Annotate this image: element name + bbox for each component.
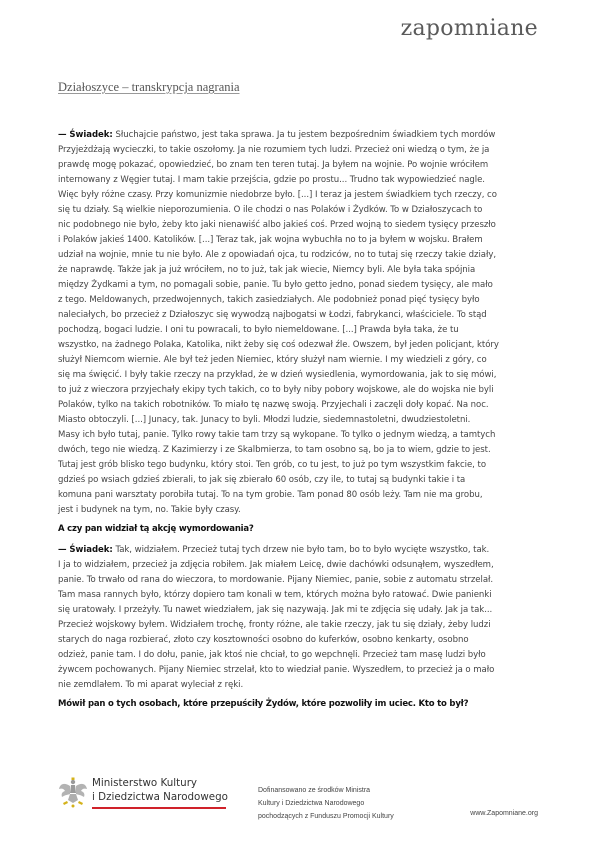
transcript-body: — Świadek: Słuchajcie państwo, jest taka… [58,128,548,718]
ministry-logo: Ministerstwo Kultury i Dziedzictwa Narod… [58,774,248,818]
text-line: Tutaj jest grób blisko tego budynku, któ… [58,458,548,473]
text-line: Przyjeżdżają wycieczki, to takie oszołom… [58,143,548,158]
text-line: Przecież wojskowy byłem. Widziałem troch… [58,618,548,633]
text-line: dwóch, tego nie wiedzą. Z Kazimierzy i z… [58,443,548,458]
text-line: Więc były różne czasy. Przy komunizmie n… [58,188,548,203]
text-line: że naprawdę. Także jak ja już wróciłem, … [58,263,548,278]
text-line: jest i budynek na tym, no. Takie były cz… [58,503,548,518]
funding-note: Dofinansowano ze środków Ministra Kultur… [258,784,394,823]
interviewer-question: A czy pan widział tą akcję wymordowania? [58,524,548,534]
text-line: nic podobnego nie było, żeby kto jaki ni… [58,218,548,233]
document-title: Działoszyce – transkrypcja nagrania [58,80,240,95]
text-line: się ma święcić. I były takie rzeczy na p… [58,368,548,383]
text-line: wszystko, na żadnego Polaka, Katolika, n… [58,338,548,353]
text-line: starych do naga rozbierać, złoto czy kos… [58,633,548,648]
text-line: prawdę mogę pokazać, opowiedzieć, bo zna… [58,158,548,173]
text-line: pochodzą, bogaci ludzie. I oni tu powrac… [58,323,548,338]
text-line: udział na wojnie, mnie tu nie było. Ale … [58,248,548,263]
text-line: Masy ich było tutaj, panie. Tylko rowy t… [58,428,548,443]
text-line: gdzieś po wsiach gdzieś zbierali, to jak… [58,473,548,488]
ministry-name: Ministerstwo Kultury i Dziedzictwa Narod… [92,776,228,804]
text-line: służył Niemcom wiernie. Ale był też jede… [58,353,548,368]
ministry-accent-bar [92,807,226,809]
text-line: między Żydkami a tym, no pomagali sobie,… [58,278,548,293]
interviewer-question: Mówił pan o tych osobach, które przepuśc… [58,699,548,709]
website-link[interactable]: www.Zapomniane.org [470,810,538,817]
text-line: naleciałych, bo przecież z Działoszyc si… [58,308,548,323]
speaker-label: — Świadek: [58,130,113,140]
text-line: I ja to widziałem, przecież ja zdjęcia r… [58,558,548,573]
text-line: i Polaków jakieś 1400. Katolików. [...] … [58,233,548,248]
text-line: żywcem pochowanych. Pijany Niemiec strze… [58,663,548,678]
speaker-label: — Świadek: [58,545,113,555]
text-line: — Świadek: Tak, widziałem. Przecież tuta… [58,543,548,558]
testimony-paragraph: — Świadek: Słuchajcie państwo, jest taka… [58,128,548,518]
text-line: Miasto obtoczyli. [...] Junacy, tak. Jun… [58,413,548,428]
text-line: komuna pani warsztaty porobiła tutaj. To… [58,488,548,503]
eagle-emblem-icon [58,776,88,810]
text-line: Polaków, tylko na takich robotników. To … [58,398,548,413]
brand-logo: zapomniane [401,16,538,41]
page-footer: Ministerstwo Kultury i Dziedzictwa Narod… [0,770,595,830]
text-line: panie. To trwało od rana do wieczora, to… [58,573,548,588]
text-line: internowany z Węgier tutaj. I mam takie … [58,173,548,188]
text-line: się tu działy. Są wielkie nieporozumieni… [58,203,548,218]
text-line: — Świadek: Słuchajcie państwo, jest taka… [58,128,548,143]
text-line: odzież, panie tam. I do dołu, panie, jak… [58,648,548,663]
text-line: to już z wieczora przyjechały ekipy tych… [58,383,548,398]
text-line: nie zemdlałem. To mi aparat wyleciał z r… [58,678,548,693]
testimony-paragraph: — Świadek: Tak, widziałem. Przecież tuta… [58,543,548,693]
text-line: się uratowały. I przeżyły. Tu nawet wied… [58,603,548,618]
text-line: z tego. Meldowanych, przedwojennych, tak… [58,293,548,308]
text-line: Tam masa rannych było, którzy dopiero ta… [58,588,548,603]
